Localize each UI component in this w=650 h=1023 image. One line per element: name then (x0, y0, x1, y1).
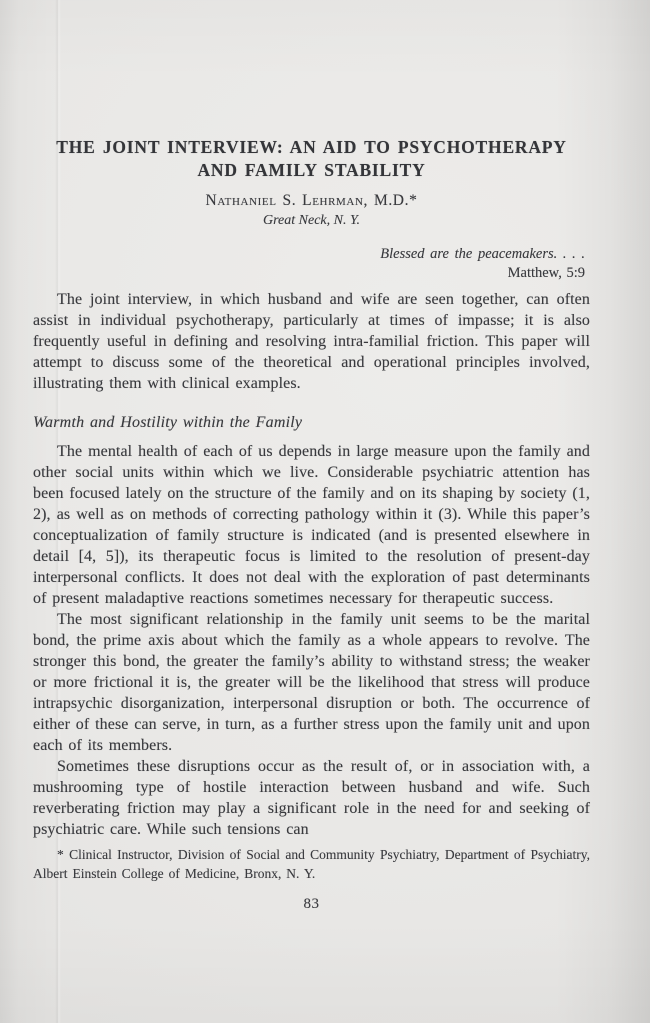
author-location: Great Neck, N. Y. (33, 212, 590, 230)
article-title-line-2: AND FAMILY STABILITY (33, 159, 590, 182)
author-name: Nathaniel S. Lehrman, M.D.* (33, 191, 590, 210)
article-title-line-1: THE JOINT INTERVIEW: AN AID TO PSYCHOTHE… (33, 136, 590, 159)
author-affiliation-footnote: * Clinical Instructor, Division of Socia… (33, 845, 590, 883)
scanned-journal-page: THE JOINT INTERVIEW: AN AID TO PSYCHOTHE… (0, 0, 650, 1023)
page-content: THE JOINT INTERVIEW: AN AID TO PSYCHOTHE… (33, 0, 590, 913)
paragraph-intro: The joint interview, in which husband an… (33, 289, 590, 394)
article-title: THE JOINT INTERVIEW: AN AID TO PSYCHOTHE… (33, 136, 590, 182)
epigraph-source: Matthew, 5:9 (33, 264, 585, 283)
epigraph: Blessed are the peacemakers. . . . Matth… (33, 245, 590, 282)
paragraph-disruptions: Sometimes these disruptions occur as the… (33, 756, 590, 840)
paragraph-family-structure: The mental health of each of us depends … (33, 441, 590, 609)
section-heading: Warmth and Hostility within the Family (33, 414, 590, 432)
page-number: 83 (33, 896, 590, 913)
epigraph-quote: Blessed are the peacemakers. . . . (33, 245, 585, 264)
paragraph-marital-bond: The most significant relationship in the… (33, 609, 590, 756)
